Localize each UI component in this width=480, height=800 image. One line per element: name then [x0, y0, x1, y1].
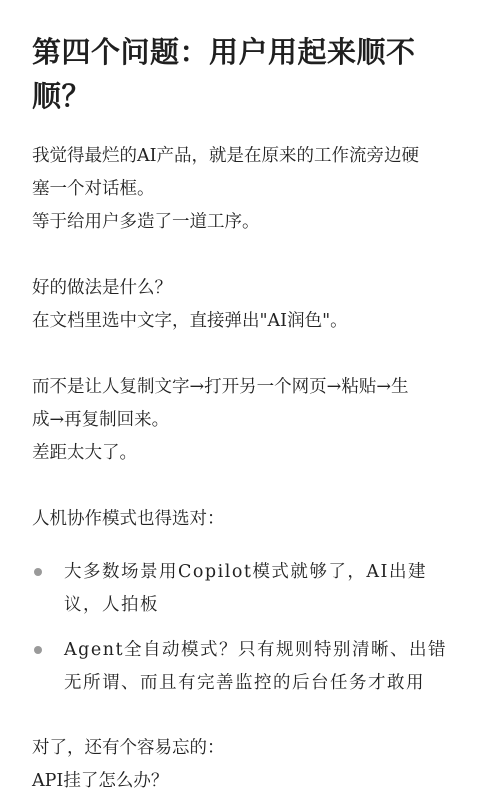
paragraph-bad-product: 我觉得最烂的AI产品，就是在原来的工作流旁边硬 塞一个对话框。 等于给用户多造了… — [32, 140, 450, 239]
text-line: 大多数场景用Copilot模式就够了，AI出建 — [64, 556, 450, 589]
article-page: 第四个问题：用户用起来顺不 顺？ 我觉得最烂的AI产品，就是在原来的工作流旁边硬… — [0, 0, 480, 798]
text-line: 成→再复制回来。 — [32, 404, 450, 437]
section-title: 第四个问题：用户用起来顺不 顺？ — [32, 30, 450, 118]
paragraph-spacer — [32, 338, 450, 371]
list-item: Agent全自动模式？只有规则特别清晰、出错 无所谓、而且有完善监控的后台任务才… — [32, 634, 450, 700]
paragraph-spacer — [32, 470, 450, 503]
text-line: 等于给用户多造了一道工序。 — [32, 206, 450, 239]
list-item: 大多数场景用Copilot模式就够了，AI出建 议，人拍板 — [32, 556, 450, 622]
text-line: 议，人拍板 — [64, 589, 450, 622]
paragraph-spacer — [32, 712, 450, 732]
paragraph-contrast: 而不是让人复制文字→打开另一个网页→粘贴→生 成→再复制回来。 差距太大了。 — [32, 371, 450, 470]
text-line: 我觉得最烂的AI产品，就是在原来的工作流旁边硬 — [32, 140, 450, 173]
text-line: 人机协作模式也得选对： — [32, 503, 450, 536]
text-line: 而不是让人复制文字→打开另一个网页→粘贴→生 — [32, 371, 450, 404]
paragraph-spacer — [32, 536, 450, 556]
text-line: 在文档里选中文字，直接弹出"AI润色"。 — [32, 305, 450, 338]
title-line: 第四个问题：用户用起来顺不 — [32, 30, 450, 74]
text-line: API挂了怎么办？ — [32, 765, 450, 798]
text-line: 无所谓、而且有完善监控的后台任务才敢用 — [64, 667, 450, 700]
text-line: Agent全自动模式？只有规则特别清晰、出错 — [64, 634, 450, 667]
bullet-icon — [34, 568, 42, 576]
bullet-list: 大多数场景用Copilot模式就够了，AI出建 议，人拍板 Agent全自动模式… — [32, 556, 450, 700]
title-line: 顺？ — [32, 74, 450, 118]
paragraph-good-practice: 好的做法是什么？ 在文档里选中文字，直接弹出"AI润色"。 — [32, 272, 450, 338]
text-line: 对了，还有个容易忘的： — [32, 732, 450, 765]
text-line: 塞一个对话框。 — [32, 173, 450, 206]
paragraph-api-reminder: 对了，还有个容易忘的： API挂了怎么办？ — [32, 732, 450, 798]
paragraph-collab-mode: 人机协作模式也得选对： — [32, 503, 450, 536]
text-line: 好的做法是什么？ — [32, 272, 450, 305]
text-line: 差距太大了。 — [32, 437, 450, 470]
bullet-icon — [34, 646, 42, 654]
paragraph-spacer — [32, 239, 450, 272]
